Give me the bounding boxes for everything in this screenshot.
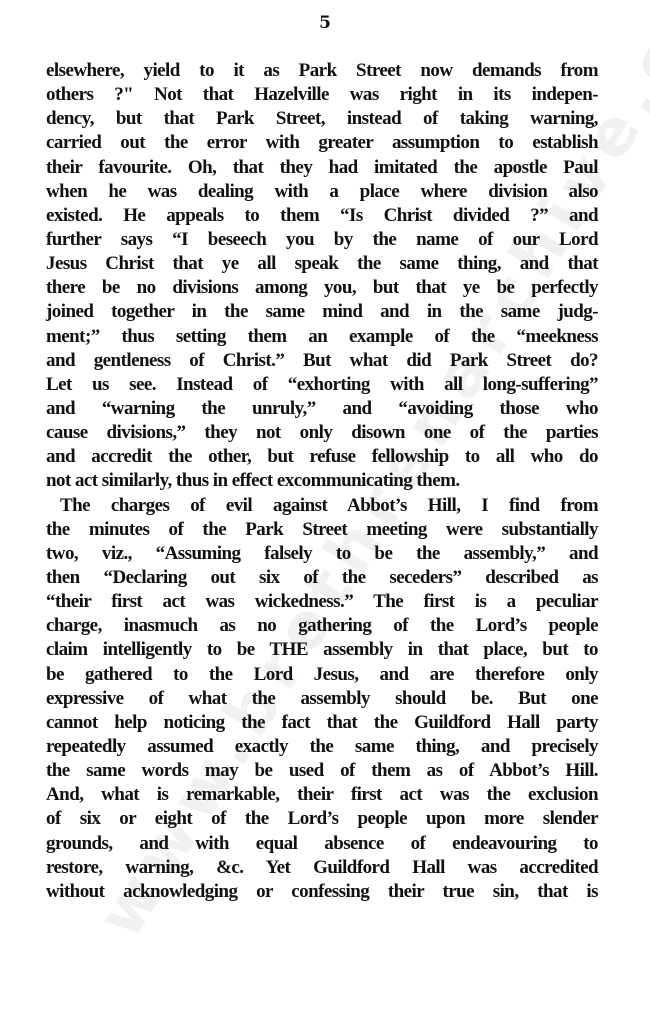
text-line: and “warning the unruly,” and “avoiding …: [46, 397, 598, 421]
text-line: their favourite. Oh, that they had imita…: [46, 156, 598, 180]
text-line: charge, inasmuch as no gathering of the …: [46, 614, 598, 638]
text-line: and gentleness of Christ.” But what did …: [46, 349, 598, 373]
text-line: and accredit the other, but refuse fello…: [46, 445, 598, 469]
text-line: the minutes of the Park Street meeting w…: [46, 518, 598, 542]
text-line: Jesus Christ that ye all speak the same …: [46, 252, 598, 276]
text-line: carried out the error with greater assum…: [46, 131, 598, 155]
text-line: cannot help noticing the fact that the G…: [46, 711, 598, 735]
text-line: repeatedly assumed exactly the same thin…: [46, 735, 598, 759]
text-line: claim intelligently to be THE assembly i…: [46, 638, 598, 662]
text-line: there be no divisions among you, but tha…: [46, 276, 598, 300]
text-line: expressive of what the assembly should b…: [46, 687, 598, 711]
text-line: Let us see. Instead of “exhorting with a…: [46, 373, 598, 397]
text-line: the same words may be used of them as of…: [46, 759, 598, 783]
paragraph-1: elsewhere, yield to it as Park Street no…: [46, 59, 598, 494]
text-line: restore, warning, &c. Yet Guildford Hall…: [46, 856, 598, 880]
paragraph-2: The charges of evil against Abbot’s Hill…: [46, 494, 598, 904]
text-line: The charges of evil against Abbot’s Hill…: [46, 494, 598, 518]
text-line: be gathered to the Lord Jesus, and are t…: [46, 663, 598, 687]
page-body: elsewhere, yield to it as Park Street no…: [46, 59, 598, 904]
page-number: 5: [0, 13, 650, 33]
text-line: without acknowledging or confessing thei…: [46, 880, 598, 904]
text-line: existed. He appeals to them “Is Christ d…: [46, 204, 598, 228]
text-line: joined together in the same mind and in …: [46, 300, 598, 324]
text-line: then “Declaring out six of the seceders”…: [46, 566, 598, 590]
text-line: two, viz., “Assuming falsely to be the a…: [46, 542, 598, 566]
text-line: “their first act was wickedness.” The fi…: [46, 590, 598, 614]
text-line: not act similarly, thus in effect excomm…: [46, 469, 598, 493]
text-line: cause divisions,” they not only disown o…: [46, 421, 598, 445]
text-line: others ?" Not that Hazelville was right …: [46, 83, 598, 107]
text-line: when he was dealing with a place where d…: [46, 180, 598, 204]
text-line: And, what is remarkable, their first act…: [46, 783, 598, 807]
text-line: grounds, and with equal absence of endea…: [46, 832, 598, 856]
text-line: dency, but that Park Street, instead of …: [46, 107, 598, 131]
text-line: ment;” thus setting them an example of t…: [46, 325, 598, 349]
text-line: elsewhere, yield to it as Park Street no…: [46, 59, 598, 83]
text-line: further says “I beseech you by the name …: [46, 228, 598, 252]
text-line: of six or eight of the Lord’s people upo…: [46, 807, 598, 831]
